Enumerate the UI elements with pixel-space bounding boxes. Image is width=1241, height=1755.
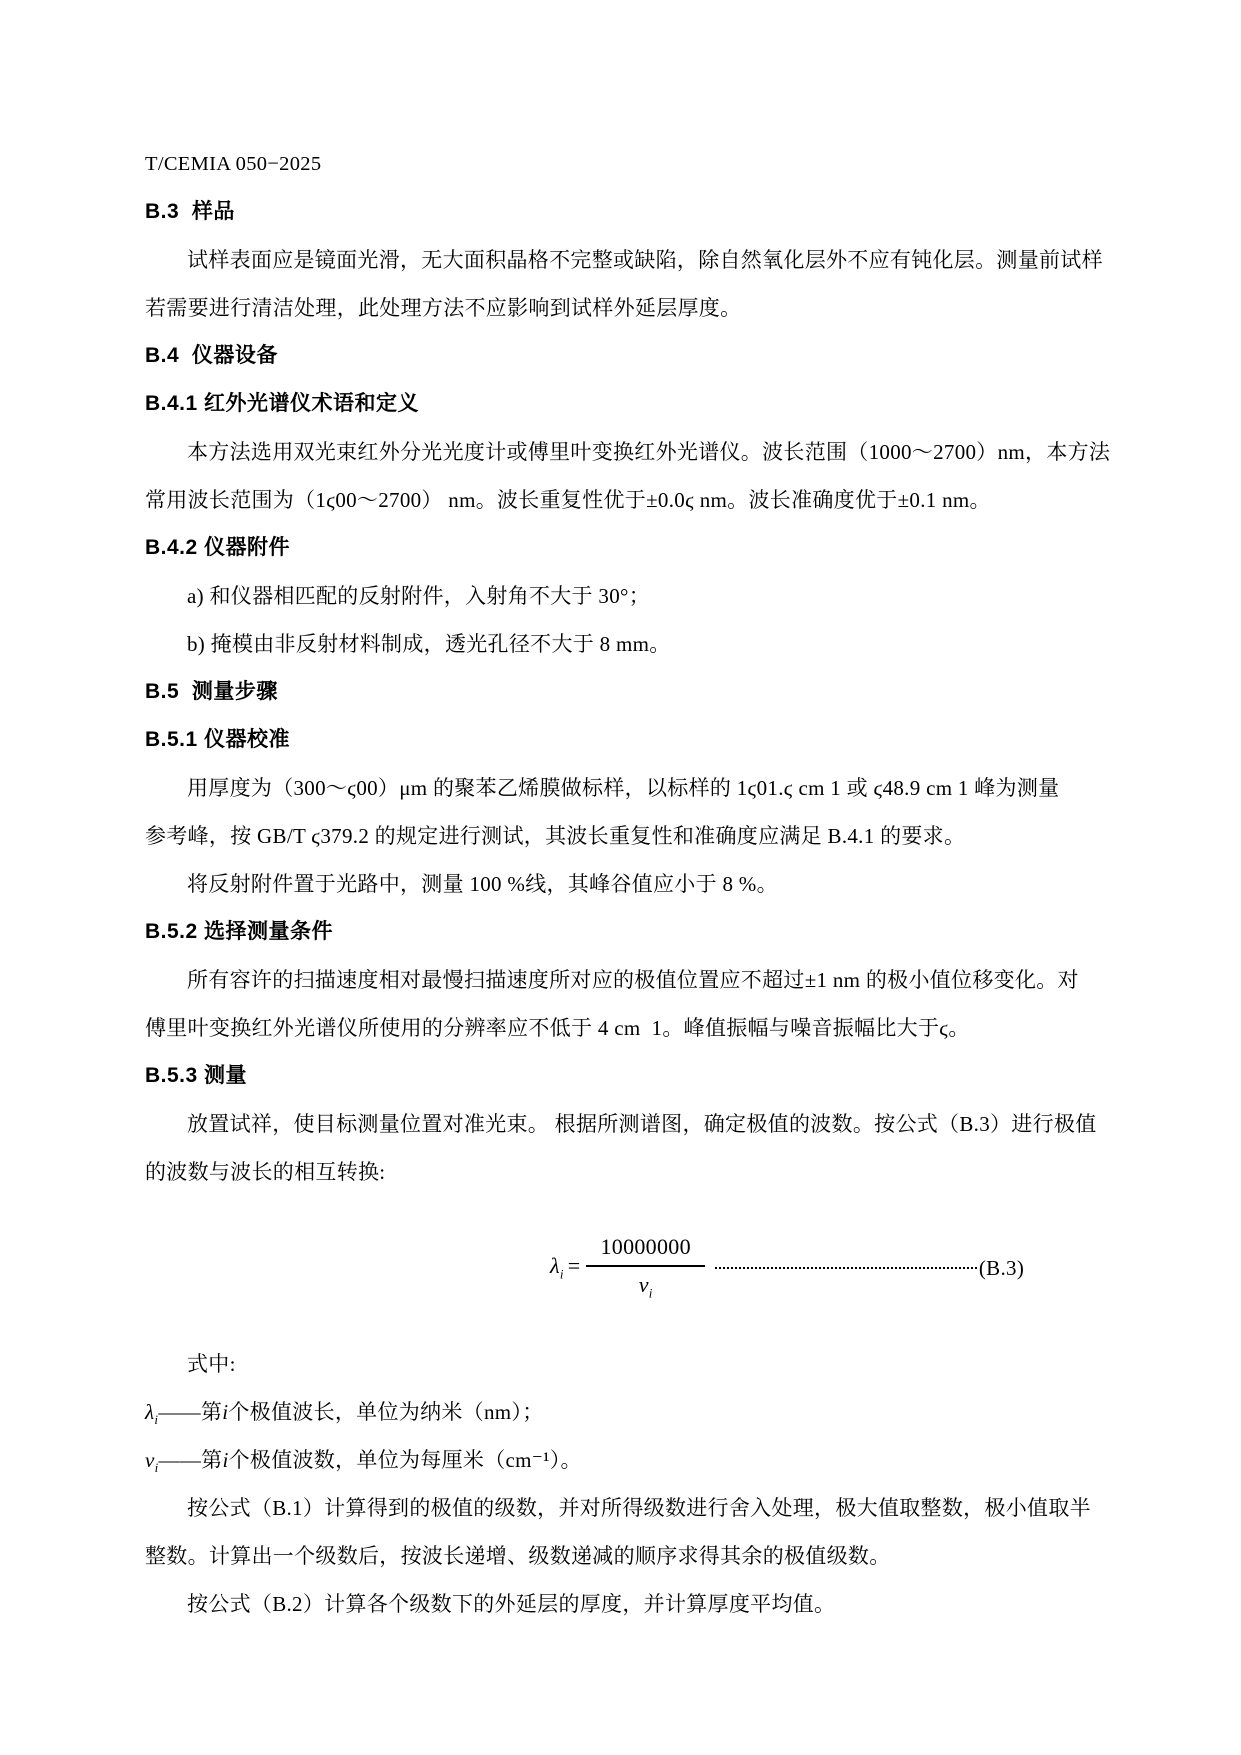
section-heading: B.3 样品	[145, 188, 1105, 236]
paragraph-line: 式中:	[145, 1340, 1105, 1388]
subsection-heading: B.5.3 测量	[145, 1052, 1105, 1100]
symbol-definition-line: λi——第i个极值波长，单位为纳米（nm）；	[145, 1388, 1105, 1436]
paragraph-line: 本方法选用双光束红外分光光度计或傅里叶变换红外光谱仪。波长范围（1000～270…	[145, 428, 1105, 476]
definition-symbol: vi	[145, 1448, 159, 1472]
subsection-heading: B.4.1 红外光谱仪术语和定义	[145, 380, 1105, 428]
fraction-numerator: 10000000	[586, 1234, 704, 1267]
paragraph-line: 傅里叶变换红外光谱仪所使用的分辨率应不低于 4 cm 1。峰值振幅与噪音振幅比大…	[145, 1004, 1105, 1052]
subsection-heading: B.5.1 仪器校准	[145, 716, 1105, 764]
symbol-definition-line: vi——第i个极值波数，单位为每厘米（cm⁻¹）。	[145, 1436, 1105, 1484]
section-heading: B.5 测量步骤	[145, 668, 1105, 716]
paragraph-line: 常用波长范围为（1ϛ00～2700） nm。波长重复性优于±0.0ϛ nm。波长…	[145, 476, 1105, 524]
paragraph-line: b) 掩模由非反射材料制成，透光孔径不大于 8 mm。	[145, 620, 1105, 668]
paragraph-line: 的波数与波长的相互转换:	[145, 1148, 1105, 1196]
paragraph-line: 放置试祥，使目标测量位置对准光束。 根据所测谱图，确定极值的波数。按公式（B.3…	[145, 1100, 1105, 1148]
section-heading: B.4 仪器设备	[145, 332, 1105, 380]
fraction-denominator: vi	[639, 1267, 653, 1301]
definition-text: ——第i个极值波长，单位为纳米（nm）；	[158, 1400, 543, 1424]
paragraph-line: 若需要进行清洁处理，此处理方法不应影响到试样外延层厚度。	[145, 284, 1105, 332]
equation-number: (B.3)	[979, 1256, 1024, 1281]
dotted-leader	[715, 1267, 977, 1269]
equation-fraction: 10000000 vi	[586, 1234, 704, 1301]
definition-symbol: λi	[145, 1400, 158, 1424]
paragraph-line: 参考峰，按 GB/T ϛ379.2 的规定进行测试，其波长重复性和准确度应满足 …	[145, 812, 1105, 860]
definition-text: ——第i个极值波数，单位为每厘米（cm⁻¹）。	[159, 1448, 582, 1472]
paragraph-line: 按公式（B.2）计算各个级数下的外延层的厚度，并计算厚度平均值。	[145, 1580, 1105, 1628]
paragraph-line: a) 和仪器相匹配的反射附件，入射角不大于 30°；	[145, 572, 1105, 620]
paragraph-line: 用厚度为（300～ϛ00）μm 的聚苯乙烯膜做标样，以标样的 1ϛ01.ϛ cm…	[145, 764, 1105, 812]
equation-b3: λi= 10000000 vi (B.3)	[145, 1196, 1105, 1340]
equation-lhs: λi=	[550, 1253, 586, 1282]
subsection-heading: B.5.2 选择测量条件	[145, 908, 1105, 956]
doc-code-header: T/CEMIA 050−2025	[145, 140, 1105, 188]
paragraph-line: 按公式（B.1）计算得到的极值的级数，并对所得级数进行舍入处理，极大值取整数，极…	[145, 1484, 1105, 1532]
subsection-heading: B.4.2 仪器附件	[145, 524, 1105, 572]
paragraph-line: 试样表面应是镜面光滑，无大面积晶格不完整或缺陷，除自然氧化层外不应有钝化层。测量…	[145, 236, 1105, 284]
paragraph-line: 所有容许的扫描速度相对最慢扫描速度所对应的极值位置应不超过±1 nm 的极小值位…	[145, 956, 1105, 1004]
paragraph-line: 将反射附件置于光路中，测量 100 %线，其峰谷值应小于 8 %。	[145, 860, 1105, 908]
document-page: T/CEMIA 050−2025B.3 样品试样表面应是镜面光滑，无大面积晶格不…	[0, 0, 1241, 1755]
document-body: T/CEMIA 050−2025B.3 样品试样表面应是镜面光滑，无大面积晶格不…	[145, 140, 1105, 1628]
paragraph-line: 整数。计算出一个级数后，按波长递增、级数递减的顺序求得其余的极值级数。	[145, 1532, 1105, 1580]
